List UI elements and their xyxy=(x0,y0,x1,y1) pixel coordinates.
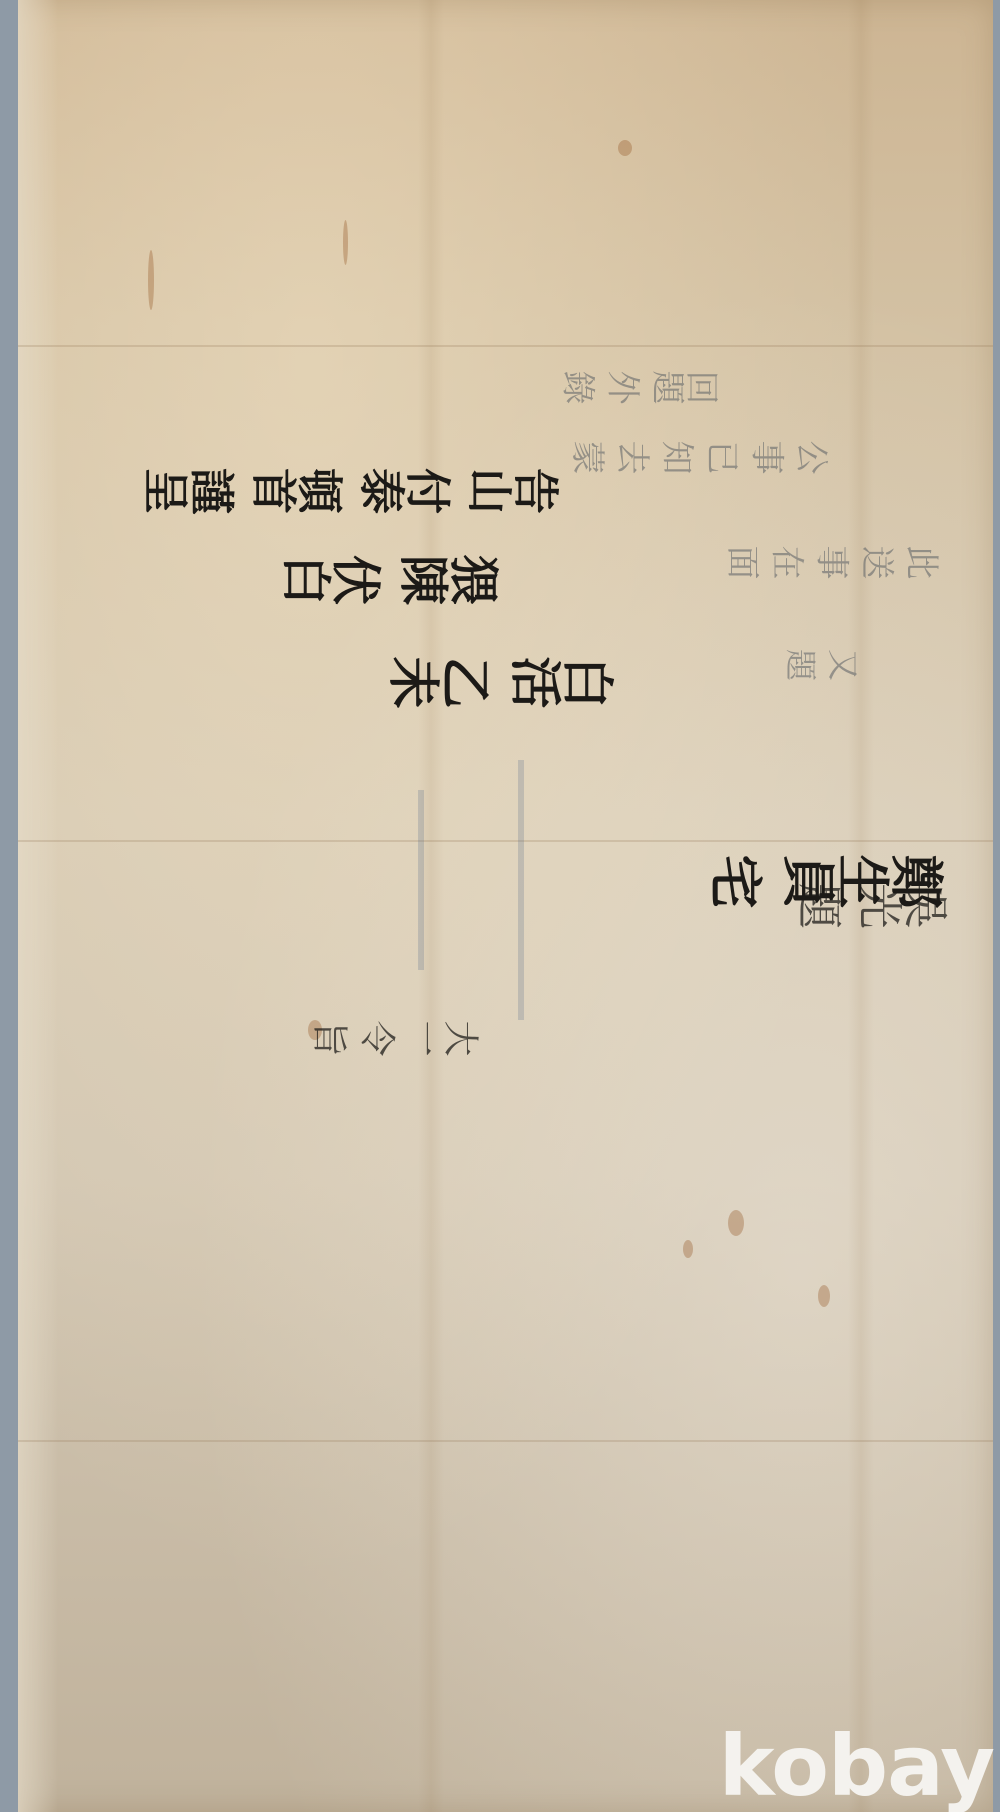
stain xyxy=(818,1285,830,1307)
ink-bleed-line xyxy=(418,790,424,970)
stain xyxy=(343,220,348,265)
smudged-column-2: 大一 令 旨 xyxy=(313,1010,480,1061)
stain xyxy=(728,1210,744,1236)
stain xyxy=(683,1240,693,1258)
main-column-4: 告山 付泰 頓首 謹呈 xyxy=(144,455,560,521)
fold-crease xyxy=(18,1440,993,1442)
stain xyxy=(148,250,154,310)
ink-bleed-line xyxy=(518,760,524,1020)
main-column-3: 猥陳 伏白 xyxy=(283,540,500,612)
smudged-column-1: 吳光 題 xyxy=(797,870,950,936)
fold-crease xyxy=(18,345,993,347)
faint-column-1: 回題 外 錄 xyxy=(562,360,720,409)
faint-column-2: 公 事 已 知 去 蒙 xyxy=(572,430,830,479)
kobay-watermark: kobay xyxy=(719,1724,994,1808)
faint-column-3: 此 送 事 在 面 xyxy=(727,535,940,584)
main-column-2: 白活 乙未 xyxy=(389,640,615,715)
faint-column-4: 又 題 xyxy=(786,640,860,686)
stain xyxy=(618,140,632,156)
